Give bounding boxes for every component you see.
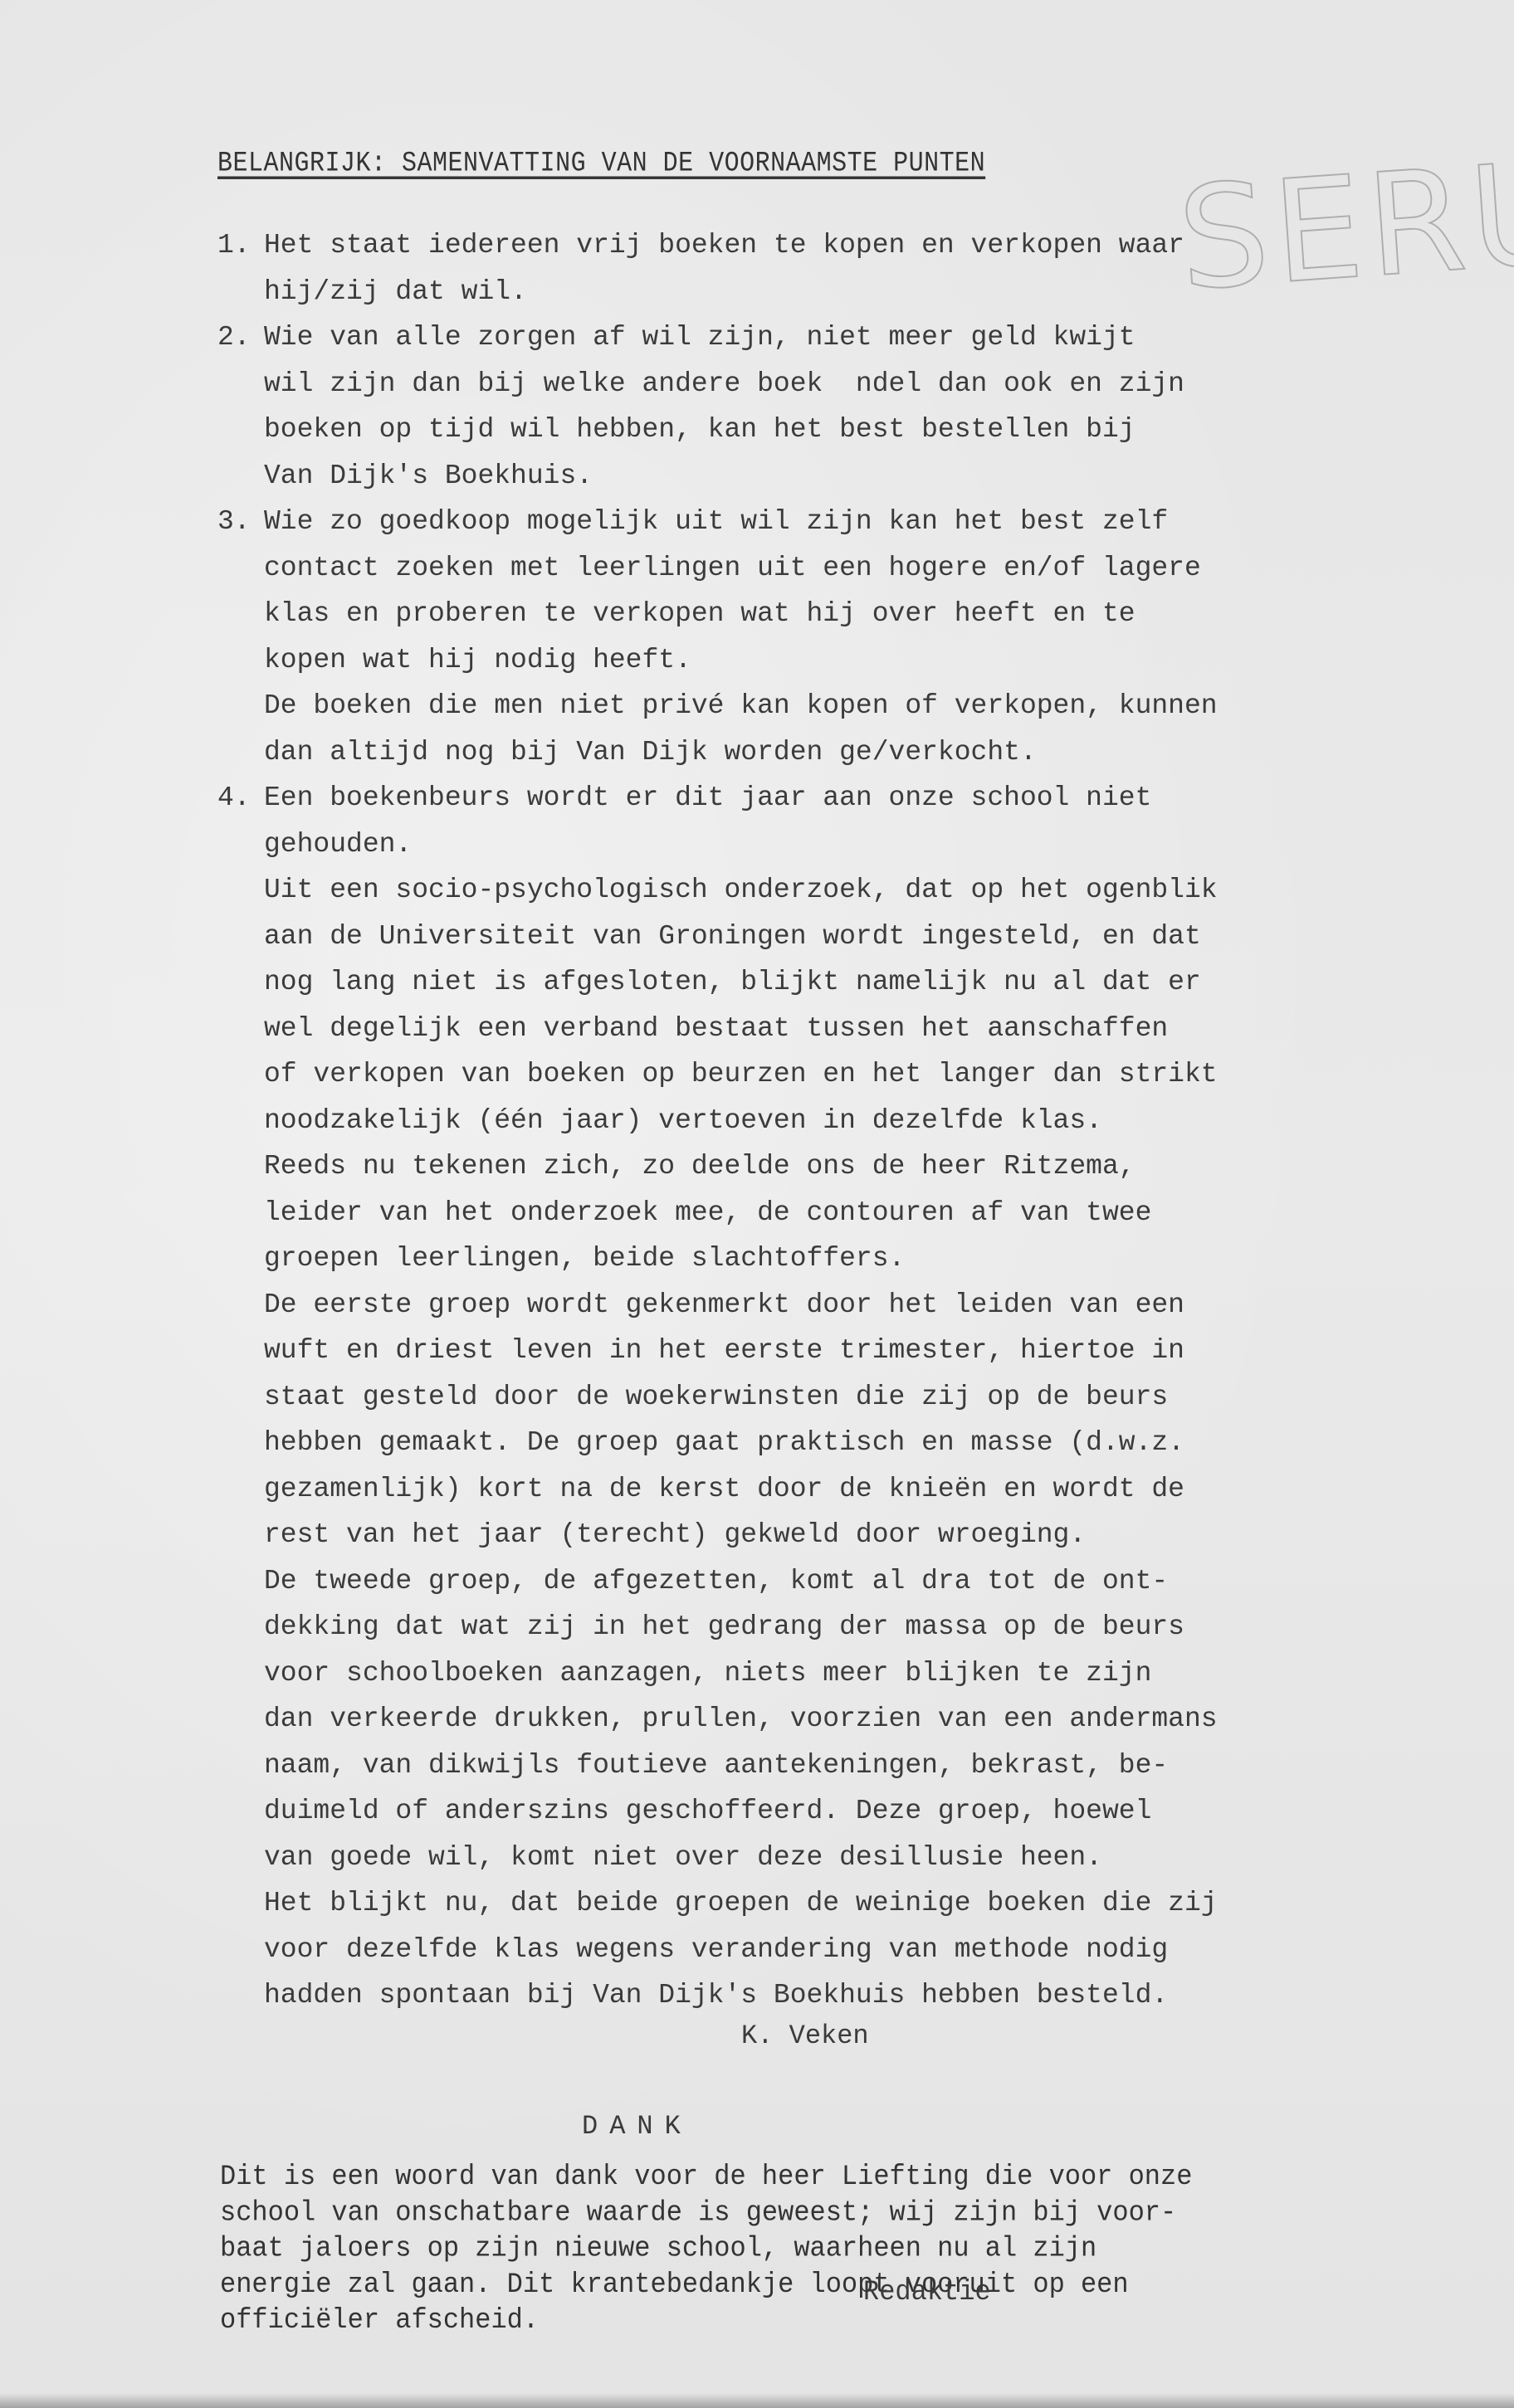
line-text: dan altijd nog bij Van Dijk worden ge/ve…	[264, 737, 1037, 768]
list-number: 2.	[217, 314, 251, 361]
text-line: dan altijd nog bij Van Dijk worden ge/ve…	[264, 729, 1368, 776]
dank-line: energie zal gaan. Dit krantebedankje loo…	[220, 2267, 1192, 2303]
text-line: Van Dijk's Boekhuis.	[264, 453, 1368, 500]
text-line: wel degelijk een verband bestaat tussen …	[264, 1006, 1368, 1052]
list-number: 3.	[217, 499, 251, 545]
line-text: wel degelijk een verband bestaat tussen …	[264, 1013, 1168, 1044]
text-line: voor dezelfde klas wegens verandering va…	[264, 1927, 1368, 1973]
text-line: wil zijn dan bij welke andere boek ndel …	[264, 361, 1368, 407]
text-line: groepen leerlingen, beide slachtoffers.	[264, 1236, 1368, 1282]
text-line: boeken op tijd wil hebben, kan het best …	[264, 407, 1368, 453]
list-number: 1.	[217, 222, 251, 269]
text-line: van goede wil, komt niet over deze desil…	[264, 1835, 1368, 1881]
text-line: Het blijkt nu, dat beide groepen de wein…	[264, 1880, 1368, 1927]
line-text: van goede wil, komt niet over deze desil…	[264, 1842, 1102, 1873]
text-line: wuft en driest leven in het eerste trime…	[264, 1328, 1368, 1374]
line-text: duimeld of anderszins geschoffeerd. Deze…	[264, 1796, 1151, 1826]
dank-heading: DANK	[582, 2111, 692, 2142]
line-text: gehouden.	[264, 829, 412, 860]
text-line: 4.Een boekenbeurs wordt er dit jaar aan …	[264, 775, 1368, 821]
text-line: Reeds nu tekenen zich, zo deelde ons de …	[264, 1143, 1368, 1190]
text-line: voor schoolboeken aanzagen, niets meer b…	[264, 1650, 1368, 1697]
text-line: De tweede groep, de afgezetten, komt al …	[264, 1558, 1368, 1605]
line-text: staat gesteld door de woekerwinsten die …	[264, 1382, 1168, 1412]
line-text: hebben gemaakt. De groep gaat praktisch …	[264, 1427, 1184, 1458]
text-line: De eerste groep wordt gekenmerkt door he…	[264, 1282, 1368, 1328]
text-line: hebben gemaakt. De groep gaat praktisch …	[264, 1420, 1368, 1466]
text-line: 1.Het staat iedereen vrij boeken te kope…	[264, 222, 1368, 269]
line-text: Wie zo goedkoop mogelijk uit wil zijn ka…	[264, 506, 1168, 537]
text-line: staat gesteld door de woekerwinsten die …	[264, 1374, 1368, 1421]
line-text: contact zoeken met leerlingen uit een ho…	[264, 553, 1201, 583]
line-text: groepen leerlingen, beide slachtoffers.	[264, 1243, 905, 1274]
line-text: hadden spontaan bij Van Dijk's Boekhuis …	[264, 1980, 1168, 2011]
dank-line: Dit is een woord van dank voor de heer L…	[220, 2159, 1192, 2195]
line-text: gezamenlijk) kort na de kerst door de kn…	[264, 1474, 1184, 1504]
dank-line: baat jaloers op zijn nieuwe school, waar…	[220, 2230, 1192, 2266]
text-line: klas en proberen te verkopen wat hij ove…	[264, 591, 1368, 637]
line-text: dan verkeerde drukken, prullen, voorzien…	[264, 1704, 1218, 1734]
text-line: of verkopen van boeken op beurzen en het…	[264, 1051, 1368, 1098]
line-text: Wie van alle zorgen af wil zijn, niet me…	[264, 322, 1135, 353]
line-text: De tweede groep, de afgezetten, komt al …	[264, 1566, 1168, 1596]
text-line: noodzakelijk (één jaar) vertoeven in dez…	[264, 1098, 1368, 1144]
line-text: voor schoolboeken aanzagen, niets meer b…	[264, 1658, 1151, 1689]
line-text: wil zijn dan bij welke andere boek ndel …	[264, 368, 1184, 399]
text-line: 2.Wie van alle zorgen af wil zijn, niet …	[264, 314, 1368, 361]
text-line: dekking dat wat zij in het gedrang der m…	[264, 1604, 1368, 1650]
text-line: hij/zij dat wil.	[264, 269, 1368, 315]
line-text: klas en proberen te verkopen wat hij ove…	[264, 598, 1135, 629]
line-text: naam, van dikwijls foutieve aantekeninge…	[264, 1750, 1168, 1781]
page-edge-shadow	[0, 2393, 1514, 2408]
line-text: rest van het jaar (terecht) gekweld door…	[264, 1519, 1086, 1550]
text-line: contact zoeken met leerlingen uit een ho…	[264, 545, 1368, 592]
line-text: dekking dat wat zij in het gedrang der m…	[264, 1611, 1184, 1642]
text-line: 3.Wie zo goedkoop mogelijk uit wil zijn …	[264, 499, 1368, 545]
line-text: boeken op tijd wil hebben, kan het best …	[264, 414, 1135, 445]
line-text: noodzakelijk (één jaar) vertoeven in dez…	[264, 1105, 1102, 1136]
line-text: kopen wat hij nodig heeft.	[264, 645, 691, 675]
line-text: Uit een socio-psychologisch onderzoek, d…	[264, 875, 1218, 905]
author-signature: K. Veken	[741, 2020, 869, 2051]
text-line: kopen wat hij nodig heeft.	[264, 637, 1368, 684]
text-line: naam, van dikwijls foutieve aantekeninge…	[264, 1743, 1368, 1789]
line-text: De eerste groep wordt gekenmerkt door he…	[264, 1289, 1184, 1320]
text-line: rest van het jaar (terecht) gekweld door…	[264, 1512, 1368, 1558]
summary-body: 1.Het staat iedereen vrij boeken te kope…	[264, 222, 1368, 2019]
line-text: Van Dijk's Boekhuis.	[264, 461, 593, 491]
page-heading: BELANGRIJK: SAMENVATTING VAN DE VOORNAAM…	[217, 148, 985, 180]
dank-line: officiëler afscheid.	[220, 2303, 1192, 2338]
line-text: Het staat iedereen vrij boeken te kopen …	[264, 230, 1184, 261]
text-line: leider van het onderzoek mee, de contour…	[264, 1190, 1368, 1236]
line-text: voor dezelfde klas wegens verandering va…	[264, 1934, 1168, 1965]
text-line: gehouden.	[264, 821, 1368, 868]
text-line: aan de Universiteit van Groningen wordt …	[264, 914, 1368, 960]
line-text: wuft en driest leven in het eerste trime…	[264, 1335, 1184, 1366]
list-number: 4.	[217, 775, 251, 821]
line-text: nog lang niet is afgesloten, blijkt name…	[264, 967, 1201, 997]
typed-page: SERUS BELANGRIJK: SAMENVATTING VAN DE VO…	[0, 0, 1514, 2408]
line-text: hij/zij dat wil.	[264, 276, 527, 307]
line-text: aan de Universiteit van Groningen wordt …	[264, 921, 1201, 952]
text-line: hadden spontaan bij Van Dijk's Boekhuis …	[264, 1972, 1368, 2019]
text-line: duimeld of anderszins geschoffeerd. Deze…	[264, 1788, 1368, 1835]
text-line: dan verkeerde drukken, prullen, voorzien…	[264, 1696, 1368, 1743]
text-line: nog lang niet is afgesloten, blijkt name…	[264, 959, 1368, 1006]
line-text: Het blijkt nu, dat beide groepen de wein…	[264, 1888, 1218, 1918]
editorial-signature: Redaktie	[863, 2275, 991, 2308]
line-text: of verkopen van boeken op beurzen en het…	[264, 1059, 1218, 1089]
text-line: Uit een socio-psychologisch onderzoek, d…	[264, 867, 1368, 914]
dank-line: school van onschatbare waarde is geweest…	[220, 2195, 1192, 2230]
line-text: De boeken die men niet privé kan kopen o…	[264, 690, 1218, 721]
text-line: gezamenlijk) kort na de kerst door de kn…	[264, 1466, 1368, 1513]
text-line: De boeken die men niet privé kan kopen o…	[264, 683, 1368, 729]
line-text: leider van het onderzoek mee, de contour…	[264, 1197, 1151, 1228]
dank-paragraph: Dit is een woord van dank voor de heer L…	[220, 2159, 1192, 2338]
line-text: Een boekenbeurs wordt er dit jaar aan on…	[264, 782, 1151, 813]
line-text: Reeds nu tekenen zich, zo deelde ons de …	[264, 1151, 1135, 1182]
